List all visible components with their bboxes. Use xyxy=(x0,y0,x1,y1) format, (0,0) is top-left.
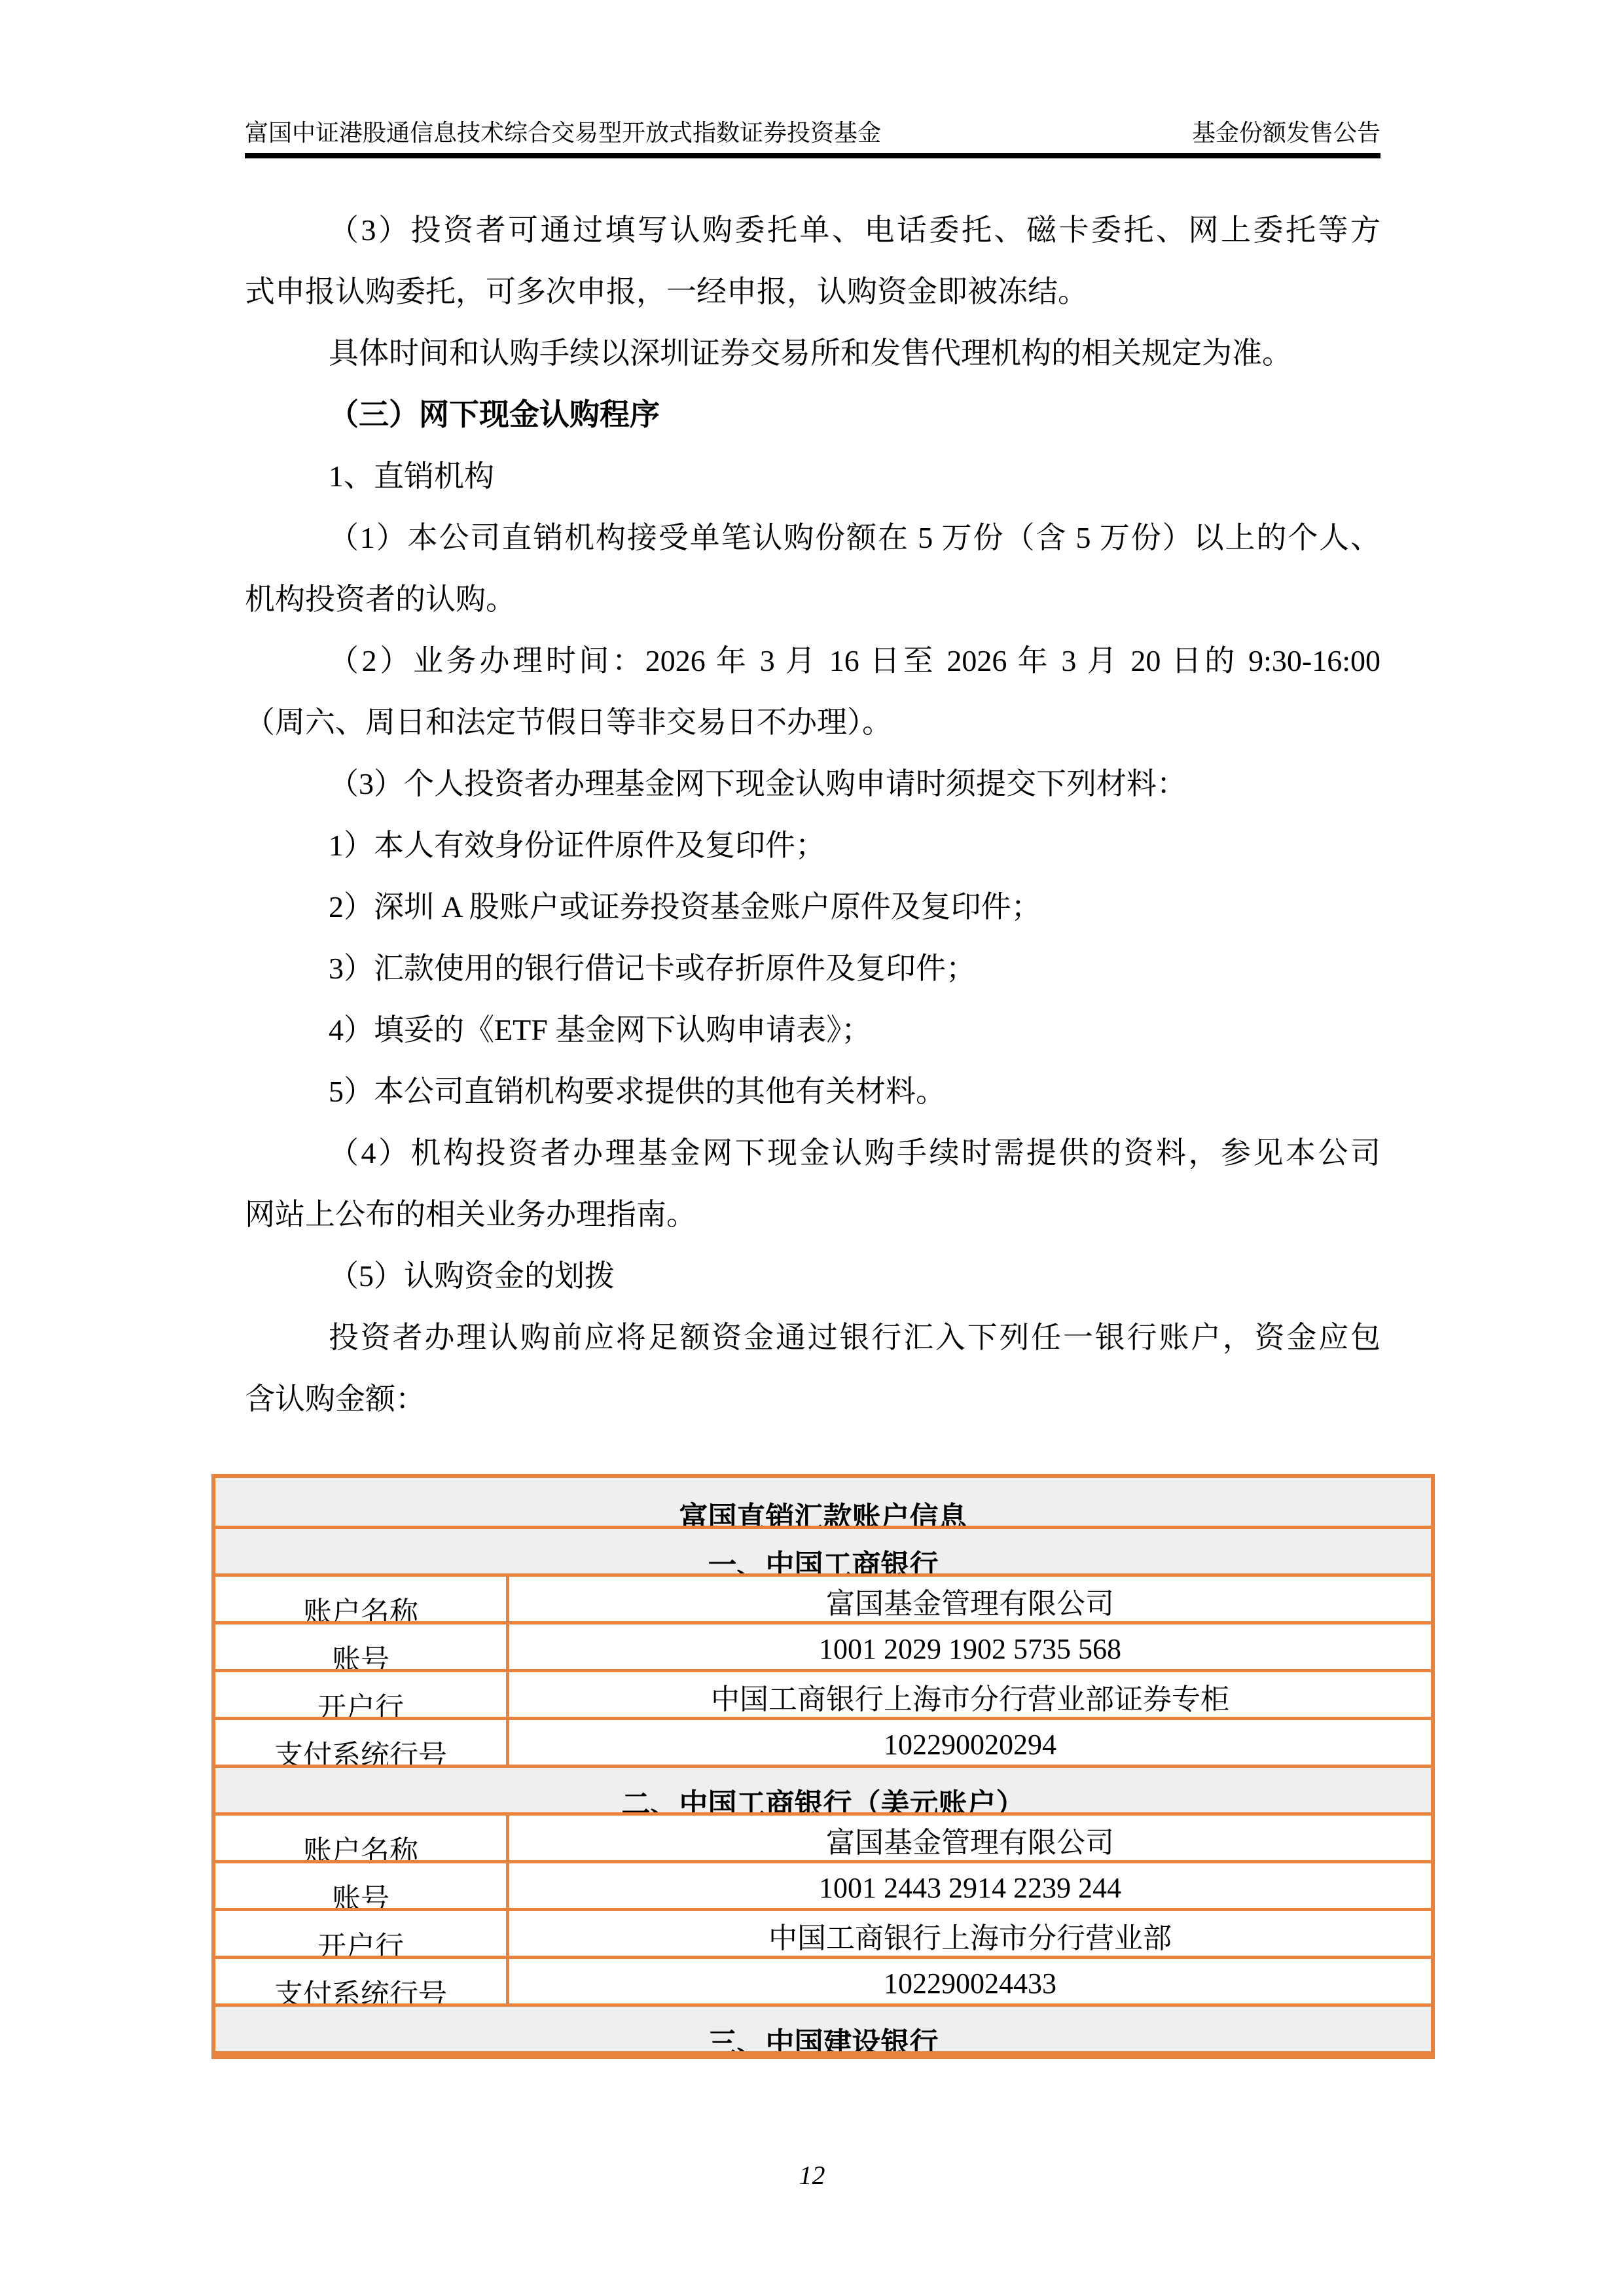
table-row: 账户名称 富国基金管理有限公司 xyxy=(215,1573,1431,1621)
header-fund-name: 富国中证港股通信息技术综合交易型开放式指数证券投资基金 xyxy=(245,118,881,148)
section-heading: （三）网下现金认购程序 xyxy=(245,384,1380,446)
bank-section-row: 一、中国工商银行 xyxy=(215,1526,1431,1573)
field-value-cell: 102290020294 xyxy=(509,1720,1431,1765)
table-row: 账户名称 富国基金管理有限公司 xyxy=(215,1812,1431,1860)
bank-section-cell: 二、中国工商银行（美元账户） xyxy=(215,1768,1431,1812)
bank-section-cell: 一、中国工商银行 xyxy=(215,1529,1431,1573)
field-value-cell: 中国工商银行上海市分行营业部 xyxy=(509,1911,1431,1956)
page-header: 富国中证港股通信息技术综合交易型开放式指数证券投资基金 基金份额发售公告 xyxy=(245,118,1380,148)
field-label: 开户行 xyxy=(215,1923,506,1956)
field-value-cell: 中国工商银行上海市分行营业部证券专柜 xyxy=(509,1672,1431,1717)
body-line: （3）投资者可通过填写认购委托单、电话委托、磁卡委托、网上委托等方 xyxy=(245,200,1380,261)
body-line: 机构投资者的认购。 xyxy=(245,569,1380,630)
field-label-cell: 开户行 xyxy=(215,1672,509,1717)
field-label-cell: 开户行 xyxy=(215,1911,509,1956)
body-line: 4）填妥的《ETF 基金网下认购申请表》； xyxy=(245,999,1380,1061)
bank-section-cell: 三、中国建设银行 xyxy=(215,2007,1431,2051)
field-label-cell: 支付系统行号 xyxy=(215,1720,509,1765)
body-line: 投资者办理认购前应将足额资金通过银行汇入下列任一银行账户，资金应包 xyxy=(245,1307,1380,1369)
table-title-cell: 富国直销汇款账户信息 xyxy=(215,1478,1431,1526)
field-label-cell: 支付系统行号 xyxy=(215,1959,509,2003)
body-line: （周六、周日和法定节假日等非交易日不办理）。 xyxy=(245,692,1380,753)
body-line: 网站上公布的相关业务办理指南。 xyxy=(245,1184,1380,1246)
table-row: 开户行 中国工商银行上海市分行营业部 xyxy=(215,1908,1431,1956)
field-value-cell: 富国基金管理有限公司 xyxy=(509,1816,1431,1860)
table-row: 支付系统行号 102290024433 xyxy=(215,1956,1431,2003)
body-line: 式申报认购委托，可多次申报，一经申报，认购资金即被冻结。 xyxy=(245,261,1380,323)
bank-section-row: 二、中国工商银行（美元账户） xyxy=(215,1765,1431,1812)
remittance-account-table: 富国直销汇款账户信息 一、中国工商银行 账户名称 富国基金管理有限公司 账号 1… xyxy=(211,1474,1435,2059)
document-page: 富国中证港股通信息技术综合交易型开放式指数证券投资基金 基金份额发售公告 （3）… xyxy=(0,0,1624,2296)
table-row: 开户行 中国工商银行上海市分行营业部证券专柜 xyxy=(215,1669,1431,1717)
field-label-cell: 账户名称 xyxy=(215,1577,509,1621)
field-label-cell: 账户名称 xyxy=(215,1816,509,1860)
body-line: 具体时间和认购手续以深圳证券交易所和发售代理机构的相关规定为准。 xyxy=(245,323,1380,384)
field-label: 支付系统行号 xyxy=(215,1971,506,2003)
table-row: 账号 1001 2029 1902 5735 568 xyxy=(215,1621,1431,1669)
bank-section-title: 一、中国工商银行 xyxy=(215,1541,1431,1573)
field-label: 账户名称 xyxy=(215,1588,506,1621)
bank-section-row: 三、中国建设银行 xyxy=(215,2003,1431,2051)
body-line: 含认购金额： xyxy=(245,1369,1380,1430)
body-line: 1）本人有效身份证件原件及复印件； xyxy=(245,815,1380,876)
body-line: 1、直销机构 xyxy=(245,446,1380,507)
bank-section-title: 三、中国建设银行 xyxy=(215,2019,1431,2051)
body-line: （1）本公司直销机构接受单笔认购份额在 5 万份（含 5 万份）以上的个人、 xyxy=(245,507,1380,569)
page-number: 12 xyxy=(0,2160,1624,2191)
table-title: 富国直销汇款账户信息 xyxy=(215,1494,1431,1526)
field-label-cell: 账号 xyxy=(215,1624,509,1669)
body-line: 5）本公司直销机构要求提供的其他有关材料。 xyxy=(245,1061,1380,1122)
field-label: 开户行 xyxy=(215,1684,506,1717)
field-label: 账号 xyxy=(215,1636,506,1669)
header-rule xyxy=(245,153,1380,158)
table-title-row: 富国直销汇款账户信息 xyxy=(215,1478,1431,1526)
field-value-cell: 1001 2443 2914 2239 244 xyxy=(509,1863,1431,1908)
field-label-cell: 账号 xyxy=(215,1863,509,1908)
field-value-cell: 1001 2029 1902 5735 568 xyxy=(509,1624,1431,1669)
body-line: （4）机构投资者办理基金网下现金认购手续时需提供的资料，参见本公司 xyxy=(245,1122,1380,1184)
field-label: 账户名称 xyxy=(215,1827,506,1860)
body-line: 2）深圳 A 股账户或证券投资基金账户原件及复印件； xyxy=(245,876,1380,938)
table-row: 支付系统行号 102290020294 xyxy=(215,1717,1431,1765)
body-text: （3）投资者可通过填写认购委托单、电话委托、磁卡委托、网上委托等方 式申报认购委… xyxy=(245,200,1380,1430)
body-line: （5）认购资金的划拨 xyxy=(245,1246,1380,1307)
body-line: （2）业务办理时间：2026 年 3 月 16 日至 2026 年 3 月 20… xyxy=(245,630,1380,692)
field-label: 账号 xyxy=(215,1875,506,1908)
body-line: （3）个人投资者办理基金网下现金认购申请时须提交下列材料： xyxy=(245,753,1380,815)
header-doc-type: 基金份额发售公告 xyxy=(1192,118,1380,148)
bank-section-title: 二、中国工商银行（美元账户） xyxy=(215,1780,1431,1812)
table-row: 账号 1001 2443 2914 2239 244 xyxy=(215,1860,1431,1908)
field-value-cell: 102290024433 xyxy=(509,1959,1431,2003)
field-label: 支付系统行号 xyxy=(215,1732,506,1765)
field-value-cell: 富国基金管理有限公司 xyxy=(509,1577,1431,1621)
body-line: 3）汇款使用的银行借记卡或存折原件及复印件； xyxy=(245,938,1380,999)
